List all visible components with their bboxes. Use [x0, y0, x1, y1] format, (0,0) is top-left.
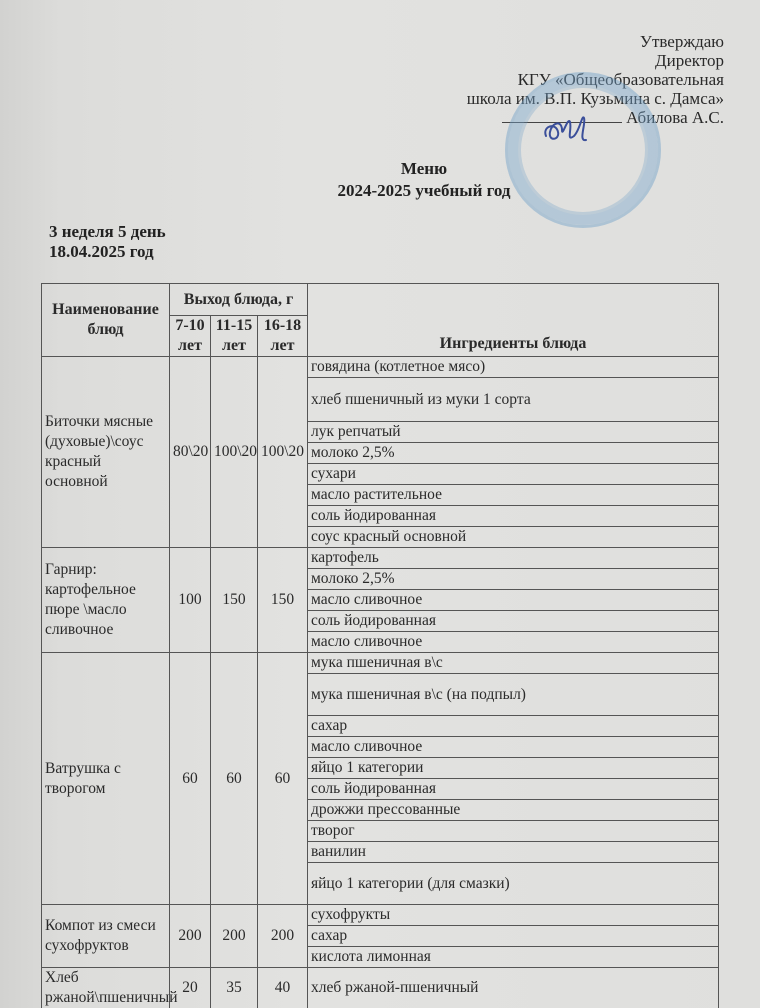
ingredient: масло сливочное [308, 737, 719, 758]
ingredient: масло сливочное [308, 632, 719, 653]
ingredient: соль йодированная [308, 506, 719, 527]
ingredient: дрожжи прессованные [308, 800, 719, 821]
ingredient: молоко 2,5% [308, 443, 719, 464]
document-title: Меню 2024-2025 учебный год [0, 158, 760, 202]
ingredient: хлеб ржаной-пшеничный [308, 968, 719, 1008]
ingredient: соль йодированная [308, 779, 719, 800]
header-age-group: 11-15 лет [211, 316, 258, 357]
dish-portion: 150 [258, 548, 308, 653]
ingredient: мука пшеничная в\с (на подпыл) [308, 674, 719, 716]
table-row: Компот из смеси сухофруктов200200200сухо… [42, 905, 719, 926]
ingredient: соль йодированная [308, 611, 719, 632]
ingredient: соус красный основной [308, 527, 719, 548]
menu-date: 18.04.2025 год [49, 242, 166, 262]
dish-portion: 60 [211, 653, 258, 905]
dish-portion: 35 [211, 968, 258, 1008]
ingredient: сухофрукты [308, 905, 719, 926]
ingredient: молоко 2,5% [308, 569, 719, 590]
dish-name: Ватрушка с творогом [42, 653, 170, 905]
ingredient: хлеб пшеничный из муки 1 сорта [308, 378, 719, 422]
dish-portion: 100\20 [258, 357, 308, 548]
dish-portion: 100\20 [211, 357, 258, 548]
dish-portion: 40 [258, 968, 308, 1008]
ingredient: мука пшеничная в\с [308, 653, 719, 674]
table-header-row: Наименование блюдВыход блюда, гИнгредиен… [42, 284, 719, 316]
title-menu: Меню [88, 158, 760, 180]
dish-name: Хлеб ржаной\пшеничный [42, 968, 170, 1008]
dish-name: Биточки мясные (духовые)\соус красный ос… [42, 357, 170, 548]
ingredient: сухари [308, 464, 719, 485]
header-ingredients: Ингредиенты блюда [308, 284, 719, 357]
dish-portion: 150 [211, 548, 258, 653]
ingredient: лук репчатый [308, 422, 719, 443]
dish-portion: 60 [170, 653, 211, 905]
table-row: Ватрушка с творогом606060мука пшеничная … [42, 653, 719, 674]
dish-portion: 100 [170, 548, 211, 653]
header-dish-name: Наименование блюд [42, 284, 170, 357]
approval-line: Директор [467, 51, 724, 70]
dish-portion: 200 [170, 905, 211, 968]
header-age-group: 7-10 лет [170, 316, 211, 357]
header-age-group: 16-18 лет [258, 316, 308, 357]
ingredient: яйцо 1 категории (для смазки) [308, 863, 719, 905]
ingredient: сахар [308, 716, 719, 737]
period-info: 3 неделя 5 день 18.04.2025 год [49, 222, 166, 262]
dish-portion: 200 [258, 905, 308, 968]
ingredient: картофель [308, 548, 719, 569]
table-row: Хлеб ржаной\пшеничный203540хлеб ржаной-п… [42, 968, 719, 1008]
dish-portion: 200 [211, 905, 258, 968]
ingredient: масло сливочное [308, 590, 719, 611]
header-output: Выход блюда, г [170, 284, 308, 316]
ingredient: творог [308, 821, 719, 842]
table-row: Биточки мясные (духовые)\соус красный ос… [42, 357, 719, 378]
official-stamp-icon [505, 72, 661, 228]
ingredient: кислота лимонная [308, 947, 719, 968]
menu-table: Наименование блюдВыход блюда, гИнгредиен… [41, 283, 719, 1008]
approval-line: Утверждаю [467, 32, 724, 51]
ingredient: масло растительное [308, 485, 719, 506]
signature-icon [540, 112, 600, 146]
ingredient: яйцо 1 категории [308, 758, 719, 779]
dish-name: Компот из смеси сухофруктов [42, 905, 170, 968]
week-day: 3 неделя 5 день [49, 222, 166, 242]
ingredient: ванилин [308, 842, 719, 863]
ingredient: сахар [308, 926, 719, 947]
dish-name: Гарнир: картофельное пюре \масло сливочн… [42, 548, 170, 653]
ingredient: говядина (котлетное мясо) [308, 357, 719, 378]
dish-portion: 80\20 [170, 357, 211, 548]
table-row: Гарнир: картофельное пюре \масло сливочн… [42, 548, 719, 569]
dish-portion: 60 [258, 653, 308, 905]
title-school-year: 2024-2025 учебный год [88, 180, 760, 202]
